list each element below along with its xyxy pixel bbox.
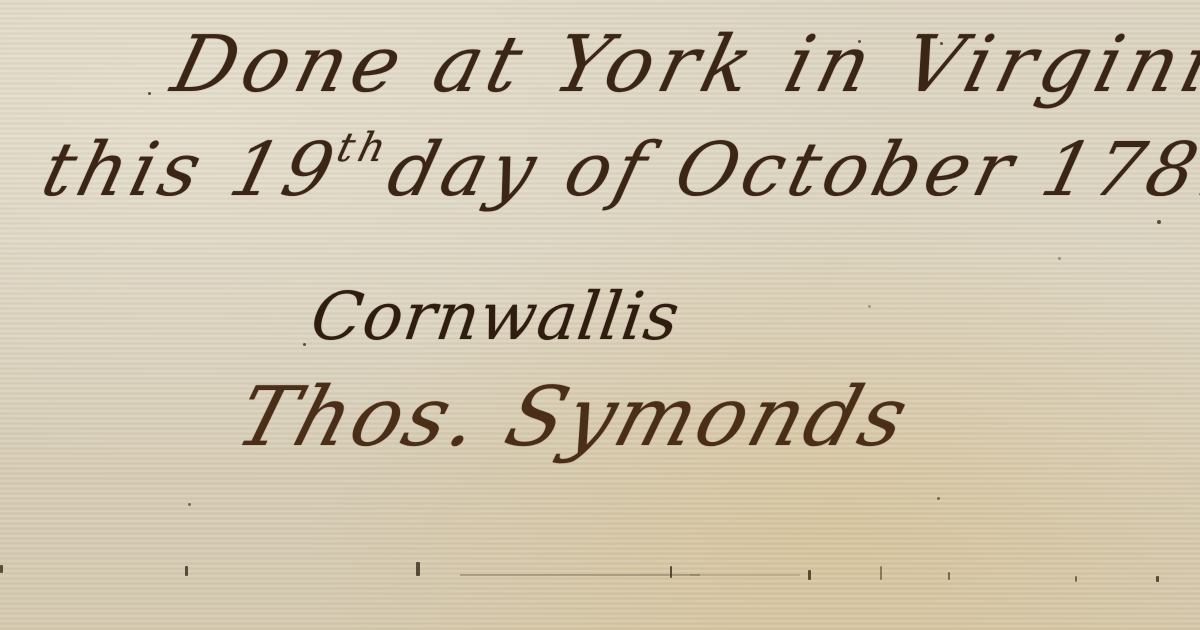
ink-speck <box>868 305 871 308</box>
ruled-line <box>0 570 1200 573</box>
ink-tick <box>1075 576 1077 582</box>
ink-speck <box>858 40 861 43</box>
date-day: this 19 <box>34 127 347 213</box>
ink-tick <box>416 562 420 576</box>
closing-line-date: this 19thday of October 1781. <box>34 125 1200 213</box>
date-month-year: day of October 1781. <box>380 127 1200 213</box>
ink-speck <box>188 503 191 506</box>
ink-speck <box>1058 257 1061 260</box>
ink-speck <box>1157 220 1161 224</box>
date-ordinal: th <box>332 125 395 171</box>
ink-speck <box>937 497 940 500</box>
ink-tick <box>670 566 672 578</box>
signature-symonds: Thos. Symonds <box>226 370 920 465</box>
ink-tick <box>0 565 3 573</box>
ink-tick <box>808 570 811 580</box>
manuscript-page: Done at York in Virginia, this 19thday o… <box>0 0 1200 630</box>
ink-tick <box>948 572 950 580</box>
signature-cornwallis: Cornwallis <box>307 278 685 355</box>
ink-speck <box>940 42 943 45</box>
ink-speck <box>303 343 306 346</box>
ink-speck <box>148 92 151 95</box>
ruled-line-dash <box>460 574 700 576</box>
closing-line-place: Done at York in Virginia, <box>164 20 1200 110</box>
ink-tick <box>880 566 882 580</box>
ruled-line-dash <box>690 574 800 576</box>
ink-tick <box>185 566 188 576</box>
ink-tick <box>1156 576 1159 582</box>
